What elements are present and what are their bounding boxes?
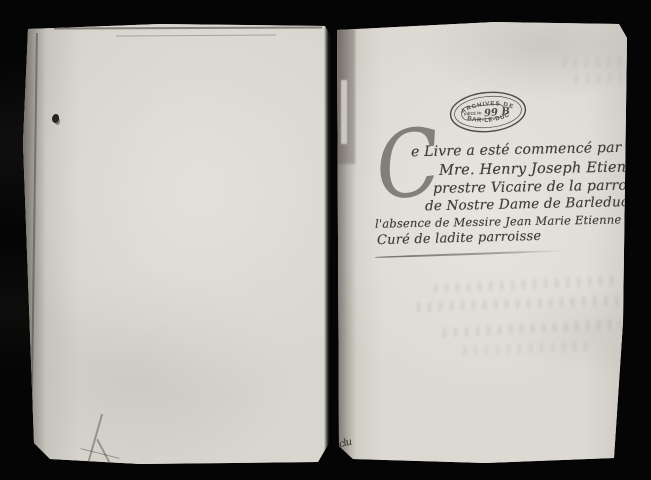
- crease-line: [80, 448, 119, 459]
- inscription-line: Curé de ladite parroisse: [377, 229, 542, 248]
- ink-blot: [52, 114, 59, 123]
- page-top-edge-line: [116, 34, 276, 36]
- book-spine-gutter: [324, 18, 338, 466]
- page-top-edge-line: [54, 27, 322, 30]
- crease-line: [96, 439, 117, 477]
- inscription-line: de Nostre Dame de Barleduc en: [425, 194, 651, 215]
- left-page: [20, 23, 331, 464]
- right-page: ARCHIVES DE BAR-LE-DUC PIÈCE № 99 B C e …: [335, 22, 627, 463]
- page-edge-line: [30, 33, 38, 453]
- page-edge-shading: [20, 23, 46, 464]
- bleedthrough-text: [571, 73, 623, 84]
- inscription-line: e Livre a esté commencé par: [411, 140, 622, 160]
- archival-scan-background: ARCHIVES DE BAR-LE-DUC PIÈCE № 99 B C e …: [0, 0, 651, 480]
- inscription-block: C e Livre a esté commencé par Mre. Henry…: [335, 22, 627, 463]
- underline-flourish: [375, 250, 567, 258]
- inscription-line: Mre. Henry Joseph Etienne: [439, 159, 645, 179]
- crease-line: [87, 414, 103, 464]
